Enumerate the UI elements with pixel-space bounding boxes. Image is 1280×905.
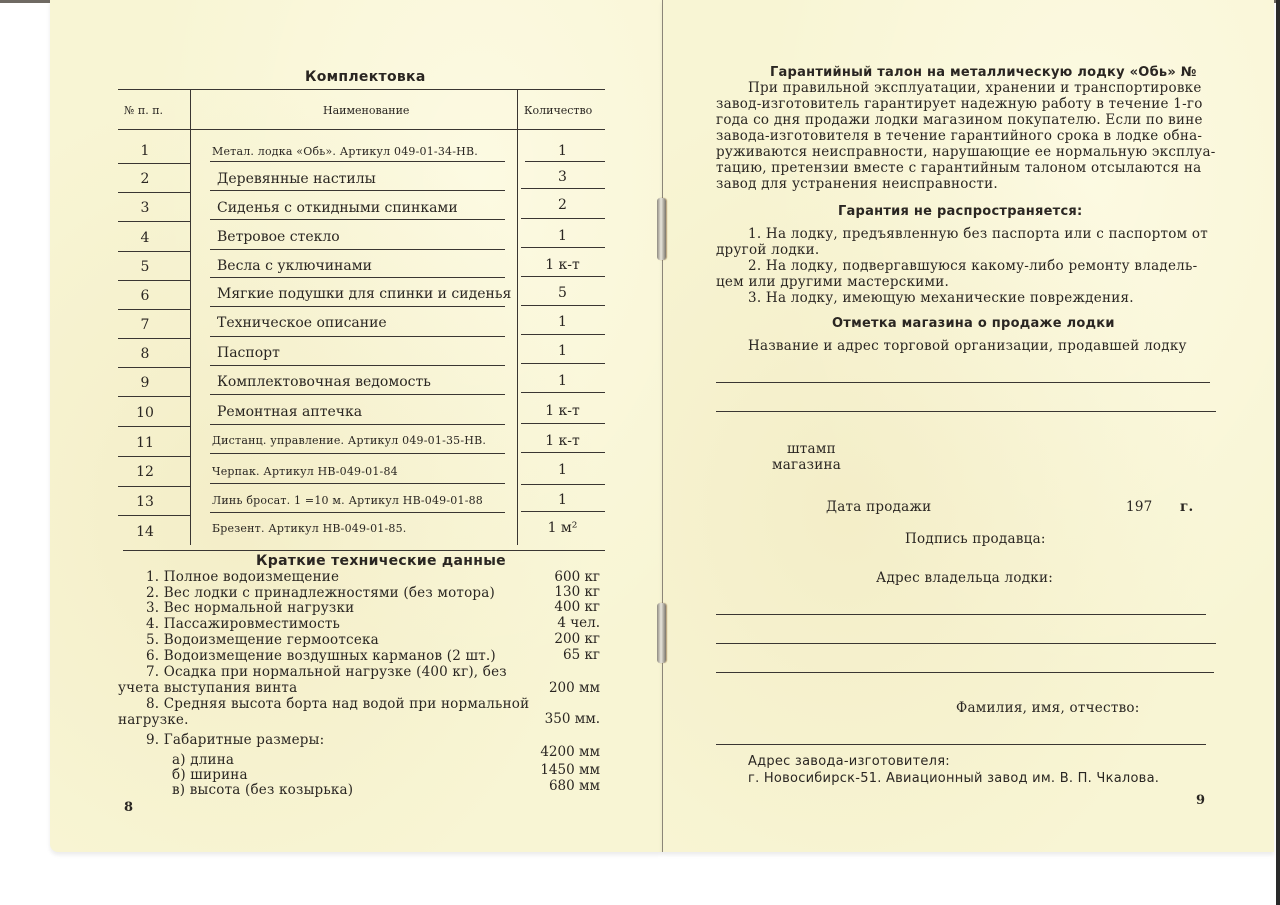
row-rule	[118, 309, 190, 310]
full-name-line[interactable]	[716, 744, 1206, 745]
column-header-quantity: Количество	[524, 104, 592, 117]
row-7-qty: 1	[520, 314, 605, 330]
row-4-qty: 1	[520, 228, 605, 244]
shop-org-label: Название и адрес торговой организации, п…	[748, 338, 1187, 354]
spec-9c-label: в) высота (без козырька)	[172, 782, 353, 798]
row-3-qty: 2	[520, 197, 605, 213]
row-10-qty: 1 к-т	[520, 403, 605, 419]
exclusion-line-5: 3. На лодку, имеющую механические повреж…	[748, 290, 1134, 306]
column-header-name: Наименование	[323, 104, 409, 117]
spec-1-label: 1. Полное водоизмещение	[146, 569, 339, 585]
row-rule	[210, 424, 505, 425]
row-rule	[521, 334, 605, 335]
row-9-number: 9	[110, 375, 180, 391]
exclusion-line-3: 2. На лодку, подвергавшуюся какому-либо …	[748, 258, 1197, 274]
row-2-name: Деревянные настилы	[217, 171, 376, 187]
row-rule	[521, 188, 605, 189]
factory-address-label: Адрес завода-изготовителя:	[748, 754, 950, 769]
spec-9-label: 9. Габаритные размеры:	[146, 732, 324, 748]
row-rule	[521, 392, 605, 393]
staple-top	[657, 198, 666, 260]
owner-address-line-2[interactable]	[716, 643, 1216, 644]
spec-4-value: 4 чел.	[557, 615, 600, 631]
row-4-number: 4	[110, 230, 180, 246]
row-6-number: 6	[110, 288, 180, 304]
intro-line-7: завод для устранения неисправности.	[716, 176, 998, 192]
spec-7-label: 7. Осадка при нормальной нагрузке (400 к…	[146, 664, 507, 680]
row-rule	[210, 306, 505, 307]
row-2-number: 2	[110, 171, 180, 187]
shop-org-line-1[interactable]	[716, 382, 1210, 383]
row-rule	[210, 219, 505, 220]
row-rule	[521, 363, 605, 364]
page-number-right: 9	[1196, 793, 1205, 808]
row-rule	[521, 423, 605, 424]
intro-line-5: руживаются неисправности, нарушающие ее …	[716, 144, 1216, 160]
spec-7-value: 200 мм	[549, 680, 600, 696]
row-rule	[525, 161, 605, 162]
row-rule	[118, 221, 190, 222]
column-divider-2	[517, 89, 518, 545]
intro-line-2: завод-изготовитель гарантирует надежную …	[716, 96, 1203, 112]
row-rule	[210, 394, 505, 395]
spec-5-value: 200 кг	[554, 631, 600, 647]
exclusion-line-1: 1. На лодку, предъявленную без паспорта …	[748, 226, 1208, 242]
scan-right-edge	[1276, 0, 1280, 905]
row-1-qty: 1	[520, 143, 605, 159]
spec-9a-value: 4200 мм	[540, 744, 600, 760]
row-rule	[210, 336, 505, 337]
spec-3-value: 400 кг	[554, 599, 600, 615]
staple-bottom	[657, 603, 666, 663]
row-6-qty: 5	[520, 285, 605, 301]
row-rule	[118, 396, 190, 397]
year-suffix: г.	[1180, 499, 1193, 515]
row-rule	[118, 338, 190, 339]
specs-title: Краткие технические данные	[256, 553, 506, 569]
row-9-name: Комплектовочная ведомость	[217, 374, 431, 390]
spec-6-label: 6. Водоизмещение воздушных карманов (2 ш…	[146, 648, 496, 664]
owner-address-label: Адрес владельца лодки:	[876, 570, 1053, 586]
book-spine	[662, 0, 663, 852]
seller-signature-label: Подпись продавца:	[905, 531, 1046, 547]
row-13-name: Линь бросат. 1 =10 м. Артикул НВ-049-01-…	[212, 494, 483, 507]
spec-2-value: 130 кг	[554, 584, 600, 600]
exclusions-title: Гарантия не распространяется:	[838, 204, 1082, 219]
row-rule	[521, 452, 605, 453]
row-rule	[118, 280, 190, 281]
spec-6-value: 65 кг	[563, 647, 600, 663]
intro-line-6: тацию, претензии вместе с гарантийным та…	[716, 160, 1201, 176]
sale-date-label: Дата продажи	[826, 499, 931, 515]
row-11-number: 11	[110, 435, 180, 451]
row-rule	[210, 190, 505, 191]
stamp-label-line-2: магазина	[772, 457, 841, 473]
table-bottom-rule	[123, 550, 605, 551]
row-1-name: Метал. лодка «Обь». Артикул 049-01-34-НВ…	[212, 145, 478, 158]
row-7-number: 7	[110, 317, 180, 333]
row-rule	[118, 456, 190, 457]
row-rule	[210, 277, 505, 278]
table-title: Комплектовка	[305, 69, 426, 85]
row-rule	[118, 367, 190, 368]
intro-line-1: При правильной эксплуатации, хранении и …	[748, 80, 1202, 96]
row-8-name: Паспорт	[217, 345, 280, 361]
spec-1-value: 600 кг	[554, 569, 600, 585]
spec-9a-label: а) длина	[172, 752, 234, 768]
row-rule	[210, 249, 505, 250]
factory-address: г. Новосибирск-51. Авиационный завод им.…	[748, 771, 1159, 786]
row-rule	[210, 512, 505, 513]
spec-3-label: 3. Вес нормальной нагрузки	[146, 600, 354, 616]
row-13-number: 13	[110, 494, 180, 510]
intro-line-4: завода-изготовителя в течение гарантийно…	[716, 128, 1202, 144]
row-12-name: Черпак. Артикул НВ-049-01-84	[212, 465, 398, 478]
row-rule	[118, 486, 190, 487]
row-rule	[210, 453, 505, 454]
spec-7-label-cont: учета выступания винта	[118, 680, 297, 696]
row-5-number: 5	[110, 259, 180, 275]
row-rule	[118, 192, 190, 193]
row-5-qty: 1 к-т	[520, 257, 605, 273]
row-rule	[210, 483, 505, 484]
row-4-name: Ветровое стекло	[217, 229, 340, 245]
shop-org-line-2[interactable]	[716, 411, 1216, 412]
spec-9b-label: б) ширина	[172, 767, 248, 783]
shop-mark-title: Отметка магазина о продаже лодки	[832, 316, 1115, 331]
owner-address-line-1[interactable]	[716, 614, 1206, 615]
row-7-name: Техническое описание	[217, 315, 387, 331]
spec-8-label-cont: нагрузке.	[118, 712, 189, 728]
row-11-name: Дистанц. управление. Артикул 049-01-35-Н…	[212, 434, 486, 447]
row-rule	[210, 161, 505, 162]
stamp-label-line-1: штамп	[787, 441, 836, 457]
spec-9b-value: 1450 мм	[540, 762, 600, 778]
row-3-name: Сиденья с откидными спинками	[217, 200, 458, 216]
row-rule	[118, 163, 190, 164]
row-1-number: 1	[110, 143, 180, 159]
row-14-name: Брезент. Артикул НВ-049-01-85.	[212, 522, 407, 535]
warranty-title: Гарантийный талон на металлическую лодку…	[770, 65, 1197, 80]
row-6-name: Мягкие подушки для спинки и сиденья	[217, 286, 511, 302]
row-rule	[521, 276, 605, 277]
header-bottom-rule	[118, 129, 605, 130]
exclusion-line-4: цем или другими мастерскими.	[716, 274, 949, 290]
row-12-number: 12	[110, 464, 180, 480]
column-divider-1	[190, 89, 191, 545]
column-header-number: № п. п.	[124, 104, 163, 117]
row-10-number: 10	[110, 405, 180, 421]
row-10-name: Ремонтная аптечка	[217, 404, 362, 420]
spec-8-label: 8. Средняя высота борта над водой при но…	[146, 696, 529, 712]
row-14-qty: 1 м²	[520, 520, 605, 536]
sale-year: 197	[1126, 499, 1153, 515]
spec-5-label: 5. Водоизмещение гермоотсека	[146, 632, 379, 648]
row-2-qty: 3	[520, 169, 605, 185]
row-rule	[521, 511, 605, 512]
spec-8-value: 350 мм.	[545, 711, 600, 727]
intro-line-3: года со дня продажи лодки магазином поку…	[716, 112, 1203, 128]
spec-9c-value: 680 мм	[549, 778, 600, 794]
row-rule	[521, 247, 605, 248]
row-5-name: Весла с уключинами	[217, 258, 372, 274]
row-rule	[118, 426, 190, 427]
row-9-qty: 1	[520, 373, 605, 389]
spec-4-label: 4. Пассажировместимость	[146, 616, 340, 632]
row-rule	[210, 365, 505, 366]
spec-2-label: 2. Вес лодки с принадлежностями (без мот…	[146, 585, 495, 601]
row-13-qty: 1	[520, 492, 605, 508]
table-top-rule	[118, 89, 605, 90]
row-rule	[118, 251, 190, 252]
row-3-number: 3	[110, 200, 180, 216]
page-number-left: 8	[124, 800, 133, 815]
row-rule	[521, 484, 605, 485]
row-8-qty: 1	[520, 343, 605, 359]
row-rule	[521, 218, 605, 219]
row-rule	[521, 305, 605, 306]
row-14-number: 14	[110, 524, 180, 540]
row-11-qty: 1 к-т	[520, 433, 605, 449]
row-12-qty: 1	[520, 462, 605, 478]
owner-address-line-3[interactable]	[716, 672, 1214, 673]
full-name-label: Фамилия, имя, отчество:	[956, 700, 1140, 716]
row-8-number: 8	[110, 346, 180, 362]
row-rule	[118, 515, 190, 516]
exclusion-line-2: другой лодки.	[716, 242, 819, 258]
